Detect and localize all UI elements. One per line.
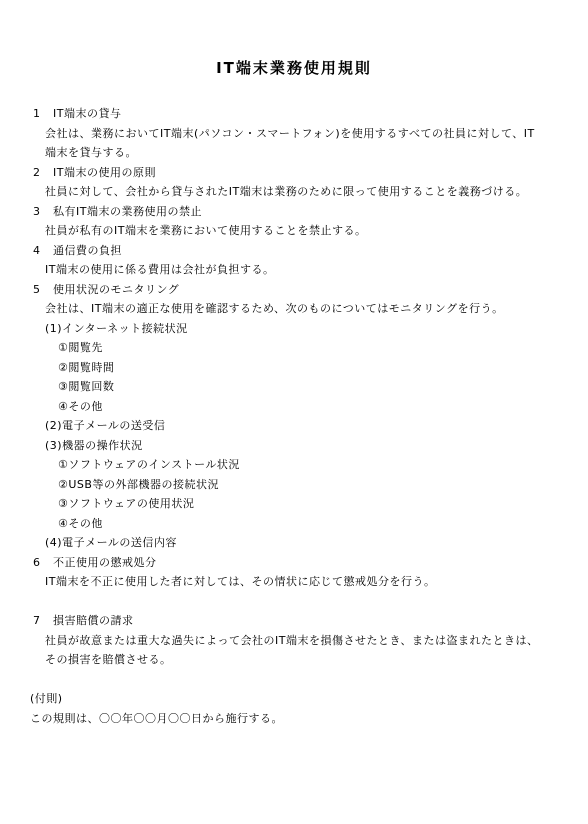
section-heading: 2IT端末の使用の原則 xyxy=(0,163,588,183)
section-title: 使用状況のモニタリング xyxy=(53,283,179,296)
blank-line xyxy=(0,592,588,612)
paragraph-line: 端末を貸与する。 xyxy=(0,143,588,163)
section-title: 私有IT端末の業務使用の禁止 xyxy=(53,205,202,218)
section-heading: 5使用状況のモニタリング xyxy=(0,280,588,300)
paragraph-line: 会社は、IT端末の適正な使用を確認するため、次のものについてはモニタリングを行う… xyxy=(0,299,588,319)
paragraph-line: IT端末を不正に使用した者に対しては、その情状に応じて懲戒処分を行う。 xyxy=(0,572,588,592)
list-item-paren: (4)電子メールの送信内容 xyxy=(0,533,588,553)
document-title: IT端末業務使用規則 xyxy=(0,0,588,79)
section-title: 損害賠償の請求 xyxy=(53,614,134,627)
section-heading: 3私有IT端末の業務使用の禁止 xyxy=(0,202,588,222)
section-number: 3 xyxy=(33,202,53,222)
blank-line xyxy=(0,670,588,690)
document-page: IT端末業務使用規則 1IT端末の貸与会社は、業務においてIT端末(パソコン・ス… xyxy=(0,0,588,824)
list-item-circled: ①ソフトウェアのインストール状況 xyxy=(0,455,588,475)
section-number: 5 xyxy=(33,280,53,300)
list-item-paren: (2)電子メールの送受信 xyxy=(0,416,588,436)
list-item-circled: ②USB等の外部機器の接続状況 xyxy=(0,475,588,495)
paragraph-line: IT端末の使用に係る費用は会社が負担する。 xyxy=(0,260,588,280)
section-number: 1 xyxy=(33,104,53,124)
paragraph-line: その損害を賠償させる。 xyxy=(0,650,588,670)
document-body: 1IT端末の貸与会社は、業務においてIT端末(パソコン・スマートフォン)を使用す… xyxy=(0,104,588,728)
list-item-circled: ④その他 xyxy=(0,514,588,534)
section-title: IT端末の貸与 xyxy=(53,107,121,120)
paragraph-line: 会社は、業務においてIT端末(パソコン・スマートフォン)を使用するすべての社員に… xyxy=(0,124,588,144)
section-title: 通信費の負担 xyxy=(53,244,122,257)
section-heading: 1IT端末の貸与 xyxy=(0,104,588,124)
list-item-circled: ③閲覧回数 xyxy=(0,377,588,397)
section-title: IT端末の使用の原則 xyxy=(53,166,156,179)
list-item-circled: ①閲覧先 xyxy=(0,338,588,358)
appendix-line: この規則は、〇〇年〇〇月〇〇日から施行する。 xyxy=(0,709,588,729)
appendix-line: (付則) xyxy=(0,689,588,709)
section-title: 不正使用の懲戒処分 xyxy=(53,556,157,569)
list-item-paren: (1)インターネット接続状況 xyxy=(0,319,588,339)
section-number: 2 xyxy=(33,163,53,183)
section-heading: 7損害賠償の請求 xyxy=(0,611,588,631)
list-item-paren: (3)機器の操作状況 xyxy=(0,436,588,456)
list-item-circled: ②閲覧時間 xyxy=(0,358,588,378)
paragraph-line: 社員に対して、会社から貸与されたIT端末は業務のために限って使用することを義務づ… xyxy=(0,182,588,202)
paragraph-line: 社員が私有のIT端末を業務において使用することを禁止する。 xyxy=(0,221,588,241)
section-number: 7 xyxy=(33,611,53,631)
section-number: 4 xyxy=(33,241,53,261)
section-heading: 4通信費の負担 xyxy=(0,241,588,261)
list-item-circled: ④その他 xyxy=(0,397,588,417)
section-heading: 6不正使用の懲戒処分 xyxy=(0,553,588,573)
paragraph-line: 社員が故意または重大な過失によって会社のIT端末を損傷させたとき、または盗まれた… xyxy=(0,631,588,651)
list-item-circled: ③ソフトウェアの使用状況 xyxy=(0,494,588,514)
section-number: 6 xyxy=(33,553,53,573)
